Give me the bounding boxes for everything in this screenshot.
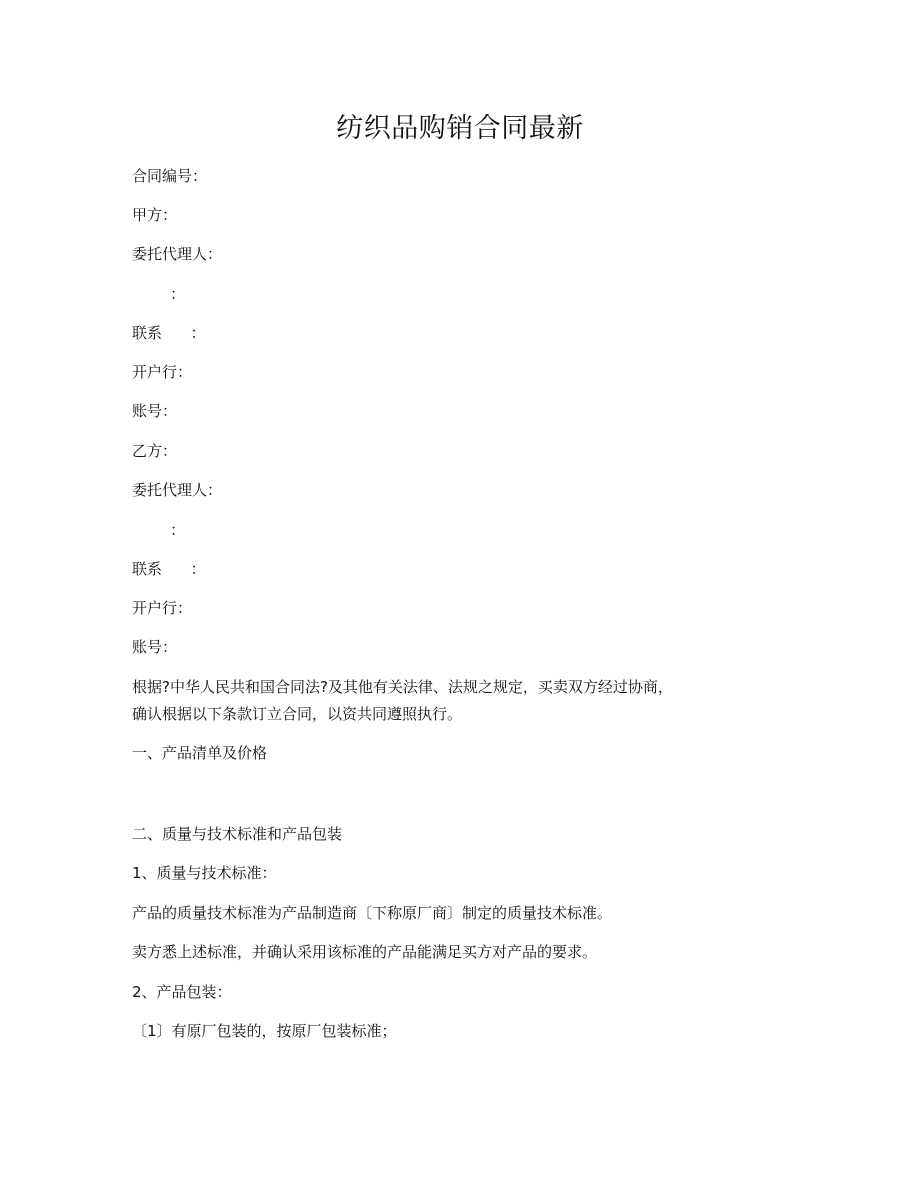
document-line: 账号： xyxy=(132,401,177,421)
document-line: 2、产品包装： xyxy=(132,982,232,1002)
document-line: 乙方： xyxy=(132,441,177,461)
document-line: 二、质量与技术标准和产品包装 xyxy=(132,824,342,844)
document-line: 开户行： xyxy=(132,362,192,382)
document-line: 〔1〕有原厂包装的，按原厂包装标准； xyxy=(132,1021,397,1041)
document-line: 合同编号： xyxy=(132,166,207,186)
document-title: 纺织品购销合同最新 xyxy=(0,106,920,145)
document-line: 账号： xyxy=(132,637,177,657)
document-line: 1、质量与技术标准： xyxy=(132,863,277,883)
document-line: ： xyxy=(132,284,185,304)
document-line: 甲方： xyxy=(132,205,177,225)
document-line: 委托代理人： xyxy=(132,480,222,500)
document-line: 委托代理人： xyxy=(132,244,222,264)
document-line: 根据?中华人民共和国合同法?及其他有关法律、法规之规定，买卖双方经过协商， xyxy=(132,677,673,697)
document-line: 联系 ： xyxy=(132,323,206,343)
document-line: ： xyxy=(132,520,185,540)
document-line: 开户行： xyxy=(132,598,192,618)
document-line: 卖方悉上述标准，并确认采用该标准的产品能满足买方对产品的要求。 xyxy=(132,942,597,962)
document-line: 联系 ： xyxy=(132,559,206,579)
document-line: 一、产品清单及价格 xyxy=(132,743,267,763)
document-line: 产品的质量技术标准为产品制造商〔下称原厂商〕制定的质量技术标准。 xyxy=(132,903,612,923)
document-line: 确认根据以下条款订立合同，以资共同遵照执行。 xyxy=(132,704,462,724)
